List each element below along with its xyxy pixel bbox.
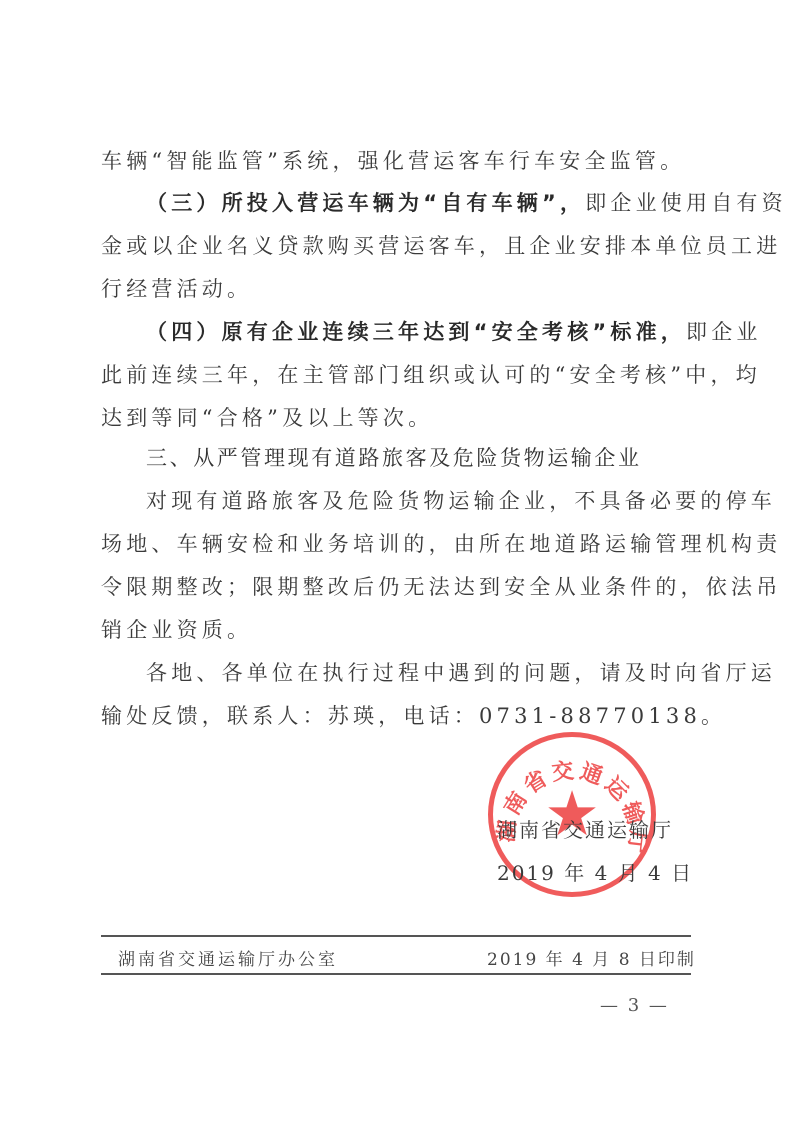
item-3-text: 即企业使用自有资 [585, 191, 787, 215]
body-line: 各地、各单位在执行过程中遇到的问题，请及时向省厅运 [146, 659, 776, 687]
signature-date: 2019 年 4 月 4 日 [497, 857, 693, 886]
item-4-heading: （四）原有企业连续三年达到“安全考核”标准， [146, 320, 686, 344]
footer-bottom-rule [101, 973, 691, 975]
body-line: 销企业资质。 [101, 616, 252, 644]
footer-top-rule [101, 935, 691, 937]
section-3-heading: 三、从严管理现有道路旅客及危险货物运输企业 [146, 444, 642, 472]
item-3-heading: （三）所投入营运车辆为“自有车辆”， [146, 191, 585, 215]
footer-issuer: 湖南省交通运输厅办公室 [118, 945, 338, 970]
body-line: 对现有道路旅客及危险货物运输企业，不具备必要的停车 [146, 487, 776, 515]
footer-print-date: 2019 年 4 月 8 日印制 [487, 945, 696, 970]
body-line: 此前连续三年，在主管部门组织或认可的“安全考核”中，均 [101, 361, 761, 389]
signature-org: 湖南省交通运输厅 [497, 814, 673, 843]
page-number: — 3 — [600, 995, 669, 1016]
body-line: 金或以企业名义贷款购买营运客车，且企业安排本单位员工进 [101, 232, 781, 260]
body-line: 令限期整改；限期整改后仍无法达到安全从业条件的，依法吊 [101, 573, 781, 601]
body-line: 输处反馈，联系人：苏瑛，电话：0731-88770138。 [101, 702, 726, 730]
body-line: 车辆“智能监管”系统，强化营运客车行车安全监管。 [101, 147, 685, 175]
item-4-line: （四）原有企业连续三年达到“安全考核”标准，即企业 [146, 318, 762, 346]
body-line: 达到等同“合格”及以上等次。 [101, 404, 433, 432]
body-line: 行经营活动。 [101, 275, 252, 303]
body-line: 场地、车辆安检和业务培训的，由所在地道路运输管理机构责 [101, 530, 781, 558]
item-3-line: （三）所投入营运车辆为“自有车辆”，即企业使用自有资 [146, 189, 787, 217]
item-4-text: 即企业 [686, 320, 762, 344]
